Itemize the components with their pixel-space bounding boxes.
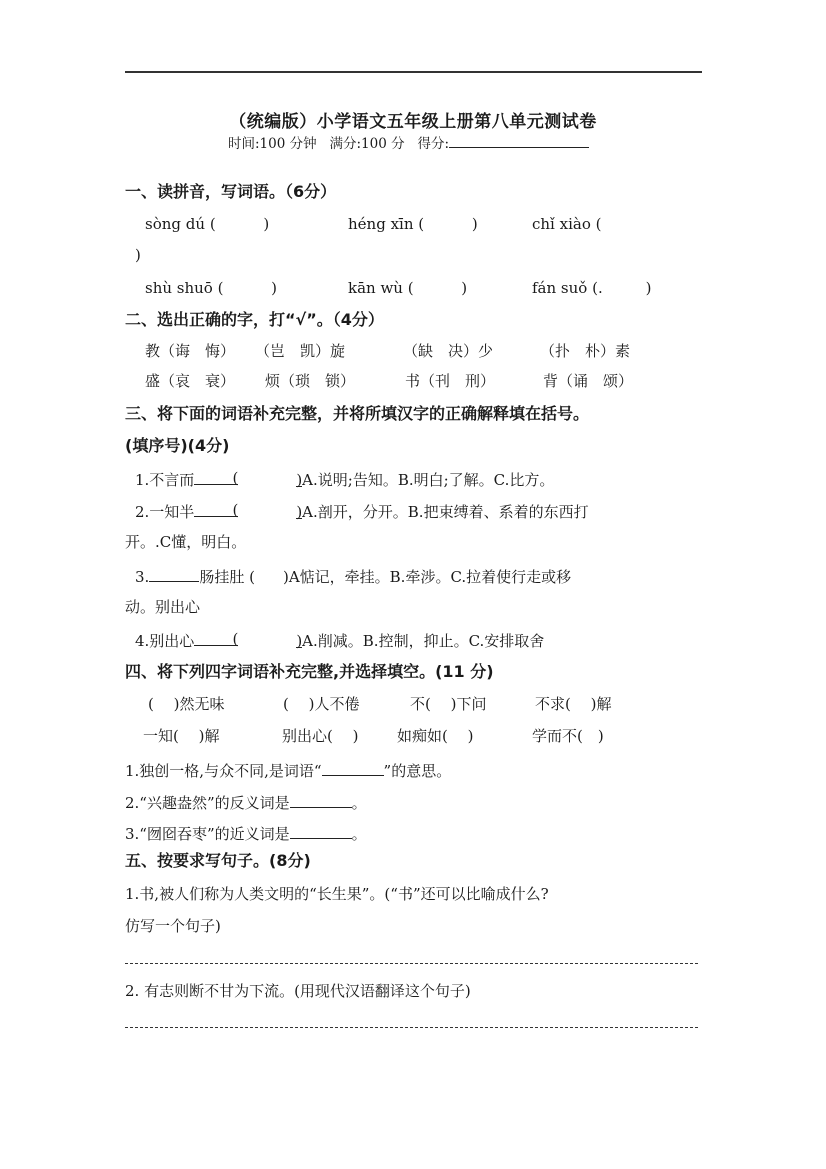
question-text: 1.书,被人们称为人类文明的“长生果”。(“书”还可以比喻成什么? xyxy=(125,884,549,904)
fill-blank[interactable]: ( xyxy=(194,629,238,646)
fill-item: 3.肠挂肚 ()A惦记，牵挂。B.牵涉。C.拉着使行走或移 xyxy=(135,565,571,587)
wrapped-paren: ) xyxy=(135,245,141,265)
section-4-heading: 四、将下列四字词语补充完整,并选择填空。(11 分) xyxy=(125,662,494,682)
full-score-label: 满分:100 分 xyxy=(329,136,404,152)
fill-blank[interactable]: ( xyxy=(194,500,238,517)
options-text: A.剖开，分开。B.把束缚着、系着的东西打 xyxy=(302,503,588,521)
pinyin-item: shù shuō ( ) xyxy=(145,278,277,298)
answer-line[interactable] xyxy=(125,1027,698,1028)
char-choice[interactable]: 盛（哀 衰） xyxy=(145,371,235,391)
options-text: A惦记，牵挂。B.牵涉。C.拉着使行走或移 xyxy=(289,568,571,586)
answer-blank[interactable] xyxy=(290,822,352,839)
idiom-blank[interactable]: 学而不( ) xyxy=(532,726,604,746)
answer-blank[interactable] xyxy=(290,791,352,808)
exam-meta: 时间:100 分钟 满分:100 分 得分: xyxy=(228,132,589,152)
score-label: 得分: xyxy=(417,136,449,152)
pinyin-item: fán suǒ (. ) xyxy=(532,278,651,298)
char-choice[interactable]: 书（刊 刑） xyxy=(405,371,495,391)
section-3-heading: 三、将下面的词语补充完整，并将所填汉字的正确解释填在括号。 xyxy=(125,404,589,424)
options-continuation: 动。别出心 xyxy=(125,597,200,617)
fill-item: 1.不言而()A.说明;告知。B.明白;了解。C.比方。 xyxy=(135,468,554,490)
pinyin-item: sòng dú ( ) xyxy=(145,214,269,234)
options-continuation: 开。.C懂，明白。 xyxy=(125,532,246,552)
idiom-blank[interactable]: 一知( )解 xyxy=(143,726,219,746)
question-item: 1.独创一格,与众不同,是词语“”的意思。 xyxy=(125,759,451,781)
answer-blank[interactable]: ( xyxy=(596,215,602,233)
header-rule xyxy=(125,71,702,73)
char-choice[interactable]: 烦（琐 锁） xyxy=(265,371,355,391)
question-item: 3.“囫囵吞枣”的近义词是。 xyxy=(125,822,367,844)
idiom-blank[interactable]: ( )人不倦 xyxy=(283,694,359,714)
section-2-heading: 二、选出正确的字，打“√”。（4分） xyxy=(125,310,384,330)
answer-blank[interactable]: ( ) xyxy=(408,279,467,297)
pinyin-item: kān wù ( ) xyxy=(348,278,467,298)
fill-blank[interactable] xyxy=(149,565,199,582)
idiom-blank[interactable]: 不( )下问 xyxy=(410,694,486,714)
score-blank[interactable] xyxy=(449,135,589,148)
fill-blank[interactable]: ( xyxy=(194,468,238,485)
char-choice[interactable]: （缺 决）少 xyxy=(403,341,493,361)
answer-blank[interactable]: ( ) xyxy=(210,215,269,233)
section-3-heading-cont: (填序号)(4分) xyxy=(125,436,229,456)
section-1-heading: 一、读拼音，写词语。（6分） xyxy=(125,182,336,202)
section-5-heading: 五、按要求写句子。(8分) xyxy=(125,851,311,871)
idiom-blank[interactable]: ( )然无味 xyxy=(148,694,224,714)
options-text: A.削减。B.控制，抑止。C.安排取舍 xyxy=(302,632,544,650)
document-title: （统编版）小学语文五年级上册第八单元测试卷 xyxy=(0,107,826,132)
char-choice[interactable]: 背（诵 颂） xyxy=(543,371,633,391)
answer-blank[interactable] xyxy=(322,759,384,776)
answer-blank[interactable]: ( ) xyxy=(418,215,477,233)
idiom-blank[interactable]: 如痴如( ) xyxy=(397,726,473,746)
pinyin-item: héng xīn ( ) xyxy=(348,214,478,234)
char-choice[interactable]: （岂 凯）旋 xyxy=(255,341,345,361)
idiom-blank[interactable]: 别出心( ) xyxy=(282,726,358,746)
answer-blank[interactable]: ( ) xyxy=(218,279,277,297)
time-label: 时间:100 分钟 xyxy=(228,136,317,152)
options-text: A.说明;告知。B.明白;了解。C.比方。 xyxy=(302,471,554,489)
pinyin-item: chǐ xiào ( xyxy=(532,214,602,234)
question-item: 2.“兴趣盎然”的反义词是。 xyxy=(125,791,367,813)
char-choice[interactable]: （扑 朴）素 xyxy=(540,341,630,361)
answer-line[interactable] xyxy=(125,963,698,964)
question-text-cont: 仿写一个句子) xyxy=(125,916,221,936)
fill-item: 2.一知半()A.剖开，分开。B.把束缚着、系着的东西打 xyxy=(135,500,589,522)
idiom-blank[interactable]: 不求( )解 xyxy=(535,694,611,714)
char-choice[interactable]: 教（诲 悔） xyxy=(145,341,235,361)
answer-blank[interactable]: (. ) xyxy=(592,279,651,297)
question-text: 2. 有志则断不甘为下流。(用现代汉语翻译这个句子) xyxy=(125,981,471,1001)
exam-page: （统编版）小学语文五年级上册第八单元测试卷 时间:100 分钟 满分:100 分… xyxy=(0,0,826,1169)
fill-item: 4.别出心()A.削减。B.控制，抑止。C.安排取舍 xyxy=(135,629,544,651)
